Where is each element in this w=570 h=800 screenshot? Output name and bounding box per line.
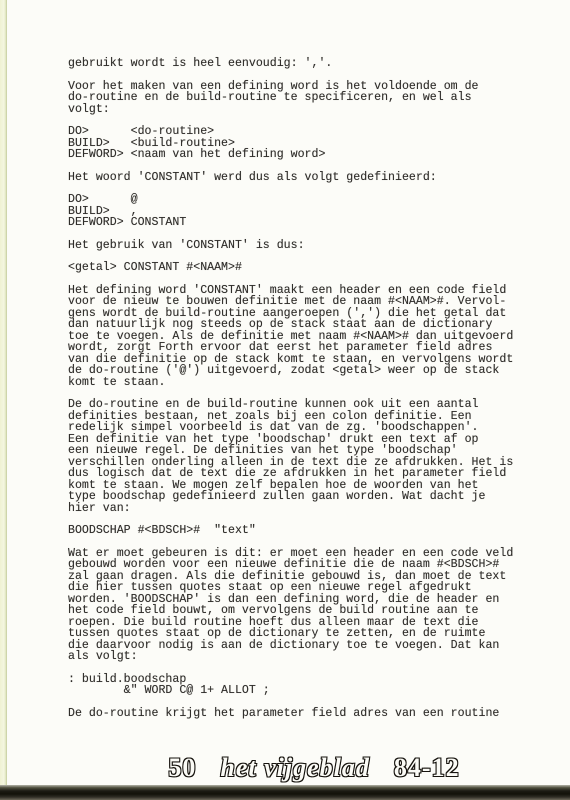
page-footer: 50 het vijgeblad 84-12 bbox=[0, 753, 570, 783]
issue-number: 84-12 bbox=[394, 753, 460, 783]
paragraph: De do-routine krijgt het parameter field… bbox=[68, 708, 546, 720]
paragraph: Het defining word 'CONSTANT' maakt een h… bbox=[68, 285, 546, 389]
code-block: : build.boodschap &" WORD C@ 1+ ALLOT ; bbox=[68, 674, 546, 697]
code-block: <getal> CONSTANT #<NAAM># bbox=[68, 262, 546, 274]
scanned-document-page: gebruikt wordt is heel eenvoudig: ','. V… bbox=[0, 0, 570, 800]
code-block: DO> <do-routine> BUILD> <build-routine> … bbox=[68, 126, 546, 161]
paragraph: Het woord 'CONSTANT' werd dus als volgt … bbox=[68, 172, 546, 184]
paragraph: Het gebruik van 'CONSTANT' is dus: bbox=[68, 240, 546, 252]
code-block: DO> @ BUILD> , DEFWORD> CONSTANT bbox=[68, 194, 546, 229]
page-bottom-edge bbox=[0, 785, 570, 800]
paragraph: De do-routine en de build-routine kunnen… bbox=[68, 399, 546, 514]
paragraph: gebruikt wordt is heel eenvoudig: ','. bbox=[68, 58, 546, 70]
page-number: 50 bbox=[168, 753, 196, 783]
magazine-title: het vijgeblad bbox=[220, 753, 369, 783]
page-left-edge bbox=[0, 0, 7, 785]
document-body: gebruikt wordt is heel eenvoudig: ','. V… bbox=[68, 58, 546, 730]
code-block: BOODSCHAP #<BDSCH># "text" bbox=[68, 525, 546, 537]
paragraph: Voor het maken van een defining word is … bbox=[68, 81, 546, 116]
paragraph: Wat er moet gebeuren is dit: er moet een… bbox=[68, 548, 546, 663]
